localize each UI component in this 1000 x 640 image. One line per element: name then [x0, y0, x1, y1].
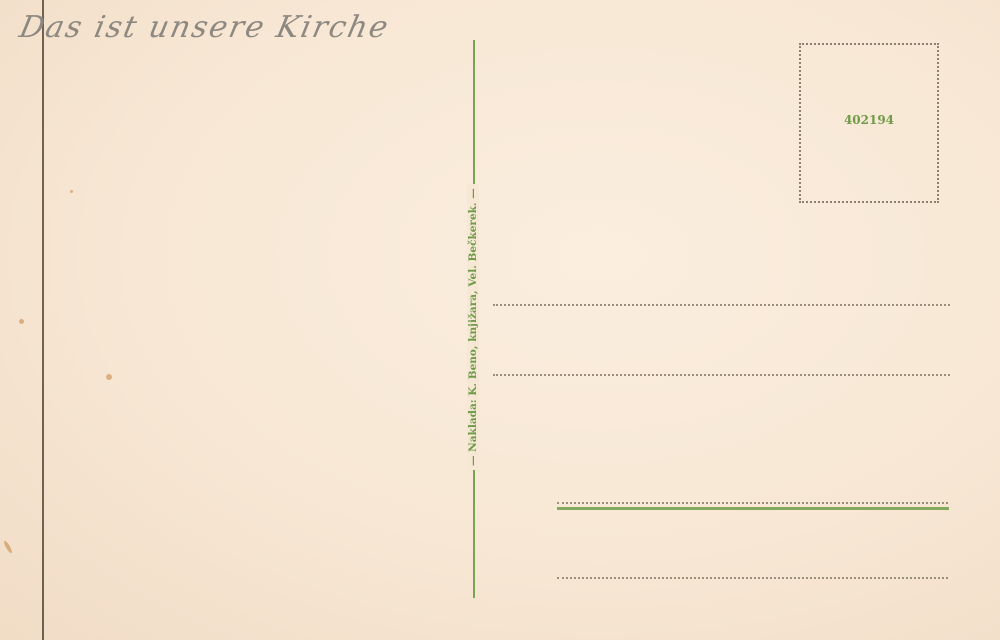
- address-line-3: [557, 502, 948, 504]
- address-line-4: [557, 577, 948, 579]
- address-line-2: [493, 374, 950, 376]
- address-underline-green: [557, 507, 949, 510]
- foxing-spot: [19, 319, 24, 324]
- foxing-spot: [106, 374, 112, 380]
- stamp-box: 402194: [799, 43, 939, 203]
- address-line-1: [493, 304, 950, 306]
- foxing-spot: [70, 190, 73, 193]
- handwritten-note: Das ist unsere Kirche: [16, 10, 393, 45]
- postcard-back: Das ist unsere Kirche — Naklada: K. Beno…: [0, 0, 1000, 640]
- publisher-imprint: — Naklada: K. Beno, knjižara, Vel. Bečke…: [467, 184, 479, 470]
- foxing-stain: [3, 540, 13, 554]
- left-edge-line: [42, 0, 44, 640]
- stamp-box-number: 402194: [801, 113, 937, 127]
